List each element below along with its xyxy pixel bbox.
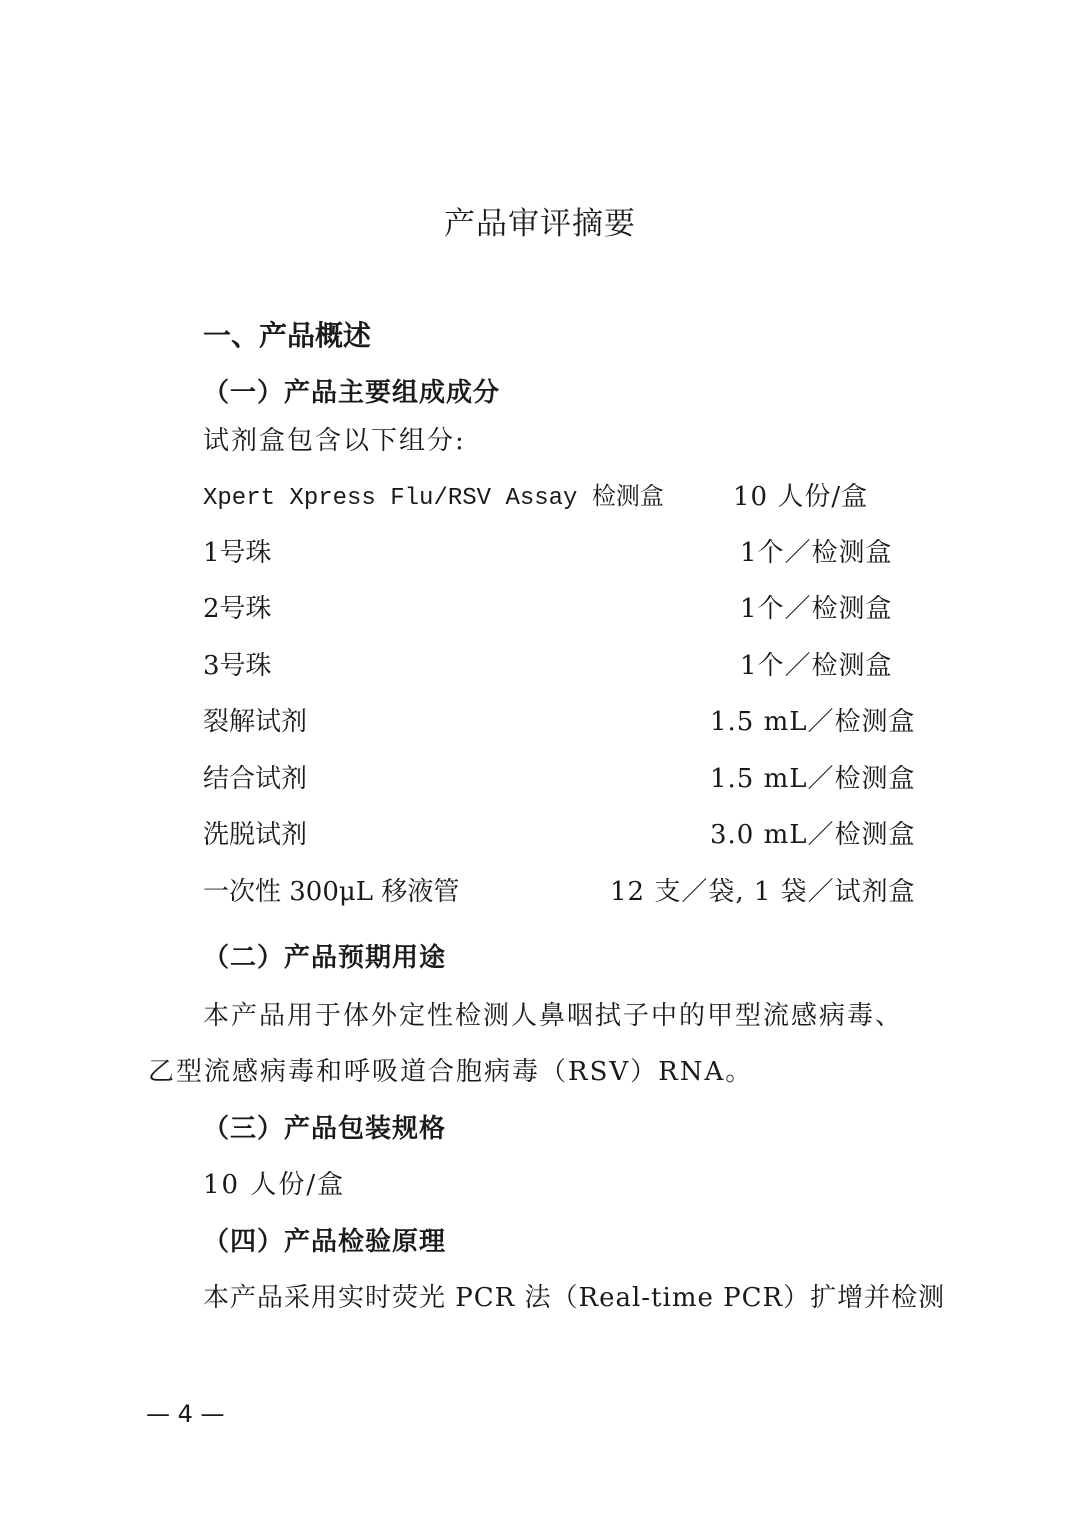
component-qty: 1个／检测盒 <box>740 645 893 682</box>
subsection-heading-principle: （四）产品检验原理 <box>203 1221 446 1258</box>
component-qty: 1个／检测盒 <box>740 588 893 625</box>
principle-para-line1: 本产品采用实时荧光 PCR 法（Real-time PCR）扩增并检测 <box>203 1277 945 1314</box>
component-name: 一次性 300μL 移液管 <box>203 871 459 908</box>
component-name: 结合试剂 <box>203 758 307 795</box>
subsection-heading-intended-use: （二）产品预期用途 <box>203 937 446 974</box>
section-heading-overview: 一、产品概述 <box>203 314 371 354</box>
component-name: 3号珠 <box>203 645 272 682</box>
component-qty: 1.5 mL／检测盒 <box>710 701 916 738</box>
component-name: 洗脱试剂 <box>203 814 307 851</box>
document-title: 产品审评摘要 <box>0 198 1080 243</box>
subsection-heading-components: （一）产品主要组成成分 <box>203 372 500 409</box>
component-name: Xpert Xpress Flu/RSV Assay 检测盒 <box>203 476 664 512</box>
component-name: 2号珠 <box>203 588 272 625</box>
component-qty: 1个／检测盒 <box>740 532 893 569</box>
component-name: 1号珠 <box>203 532 272 569</box>
intended-use-para-line2: 乙型流感病毒和呼吸道合胞病毒（RSV）RNA。 <box>148 1051 753 1088</box>
component-qty: 3.0 mL／检测盒 <box>710 814 916 851</box>
page-number: — 4 — <box>146 1400 225 1428</box>
intended-use-para-line1: 本产品用于体外定性检测人鼻咽拭子中的甲型流感病毒、 <box>203 995 903 1032</box>
component-qty: 1.5 mL／检测盒 <box>710 758 916 795</box>
component-name: 裂解试剂 <box>203 701 307 738</box>
packaging-spec: 10 人份/盒 <box>203 1164 345 1201</box>
component-qty: 12 支／袋, 1 袋／试剂盒 <box>610 871 916 908</box>
components-intro: 试剂盒包含以下组分: <box>203 420 466 457</box>
component-qty: 10 人份/盒 <box>733 476 868 513</box>
subsection-heading-packaging: （三）产品包装规格 <box>203 1108 446 1145</box>
